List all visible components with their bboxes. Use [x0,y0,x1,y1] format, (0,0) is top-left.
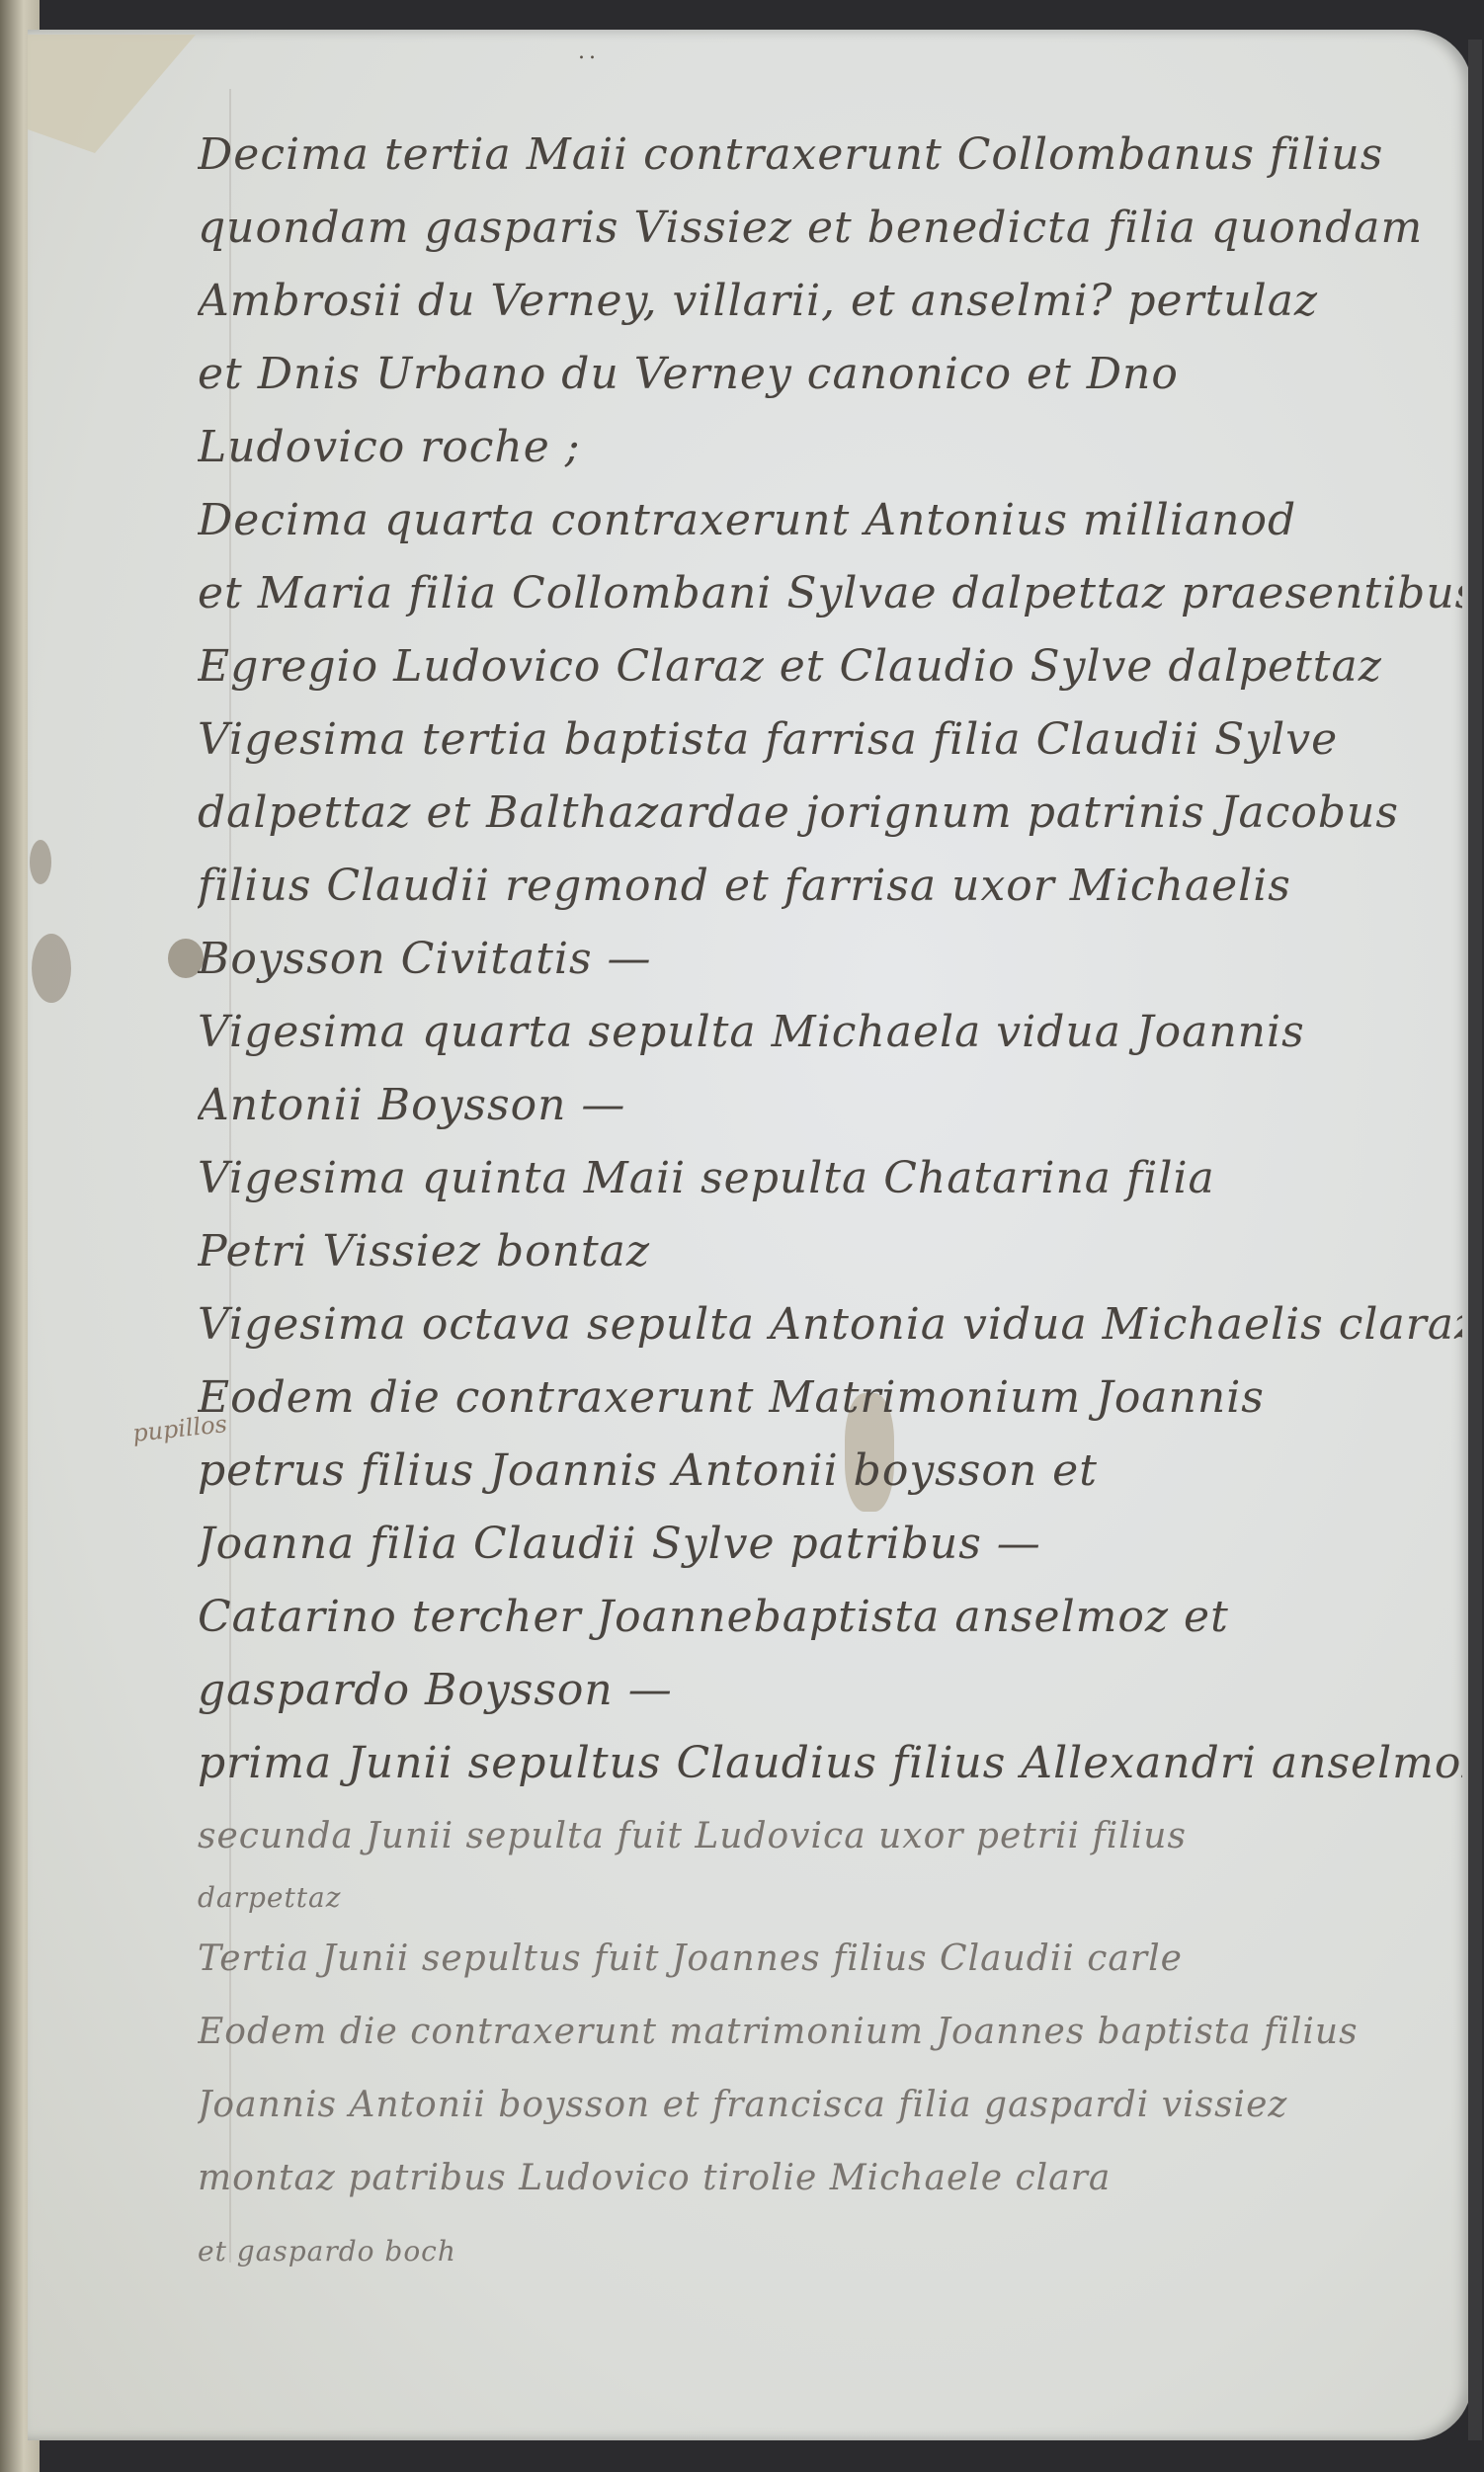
text-line: Decima tertia Maii contraxerunt Collomba… [198,119,1462,192]
text-line: Joanna filia Claudii Sylve patribus — [198,1508,1462,1581]
text-line: darpettaz [198,1873,1462,1923]
text-line: secunda Junii sepulta fuit Ludovica uxor… [198,1800,1462,1873]
handwritten-text: Decima tertia Maii contraxerunt Collomba… [198,119,1462,2288]
text-line: montaz patribus Ludovico tirolie Michael… [198,2142,1462,2215]
text-line: et Maria filia Collombani Sylvae dalpett… [198,557,1462,630]
ink-blot [32,934,71,1003]
text-line: et Dnis Urbano du Verney canonico et Dno [198,338,1462,411]
text-line: Ambrosii du Verney, villarii, et anselmi… [198,265,1462,338]
text-line: et gaspardo boch [198,2215,1462,2288]
text-line: Petri Vissiez bontaz [198,1215,1462,1288]
text-line: prima Junii sepultus Claudius filius All… [198,1727,1462,1800]
text-line: filius Claudii regmond et farrisa uxor M… [198,850,1462,923]
text-line: Antonii Boysson — [198,1069,1462,1142]
text-line: Boysson Civitatis — [198,923,1462,996]
text-line: Vigesima quarta sepulta Michaela vidua J… [198,996,1462,1069]
text-line: Vigesima quinta Maii sepulta Chatarina f… [198,1142,1462,1215]
text-line: Ludovico roche ; [198,411,1462,484]
text-line: quondam gasparis Vissiez et benedicta fi… [198,192,1462,265]
text-line: gaspardo Boysson — [198,1654,1462,1727]
page-mark: .. [578,40,600,64]
ink-blot [30,840,51,884]
text-line: dalpettaz et Balthazardae jorignum patri… [198,777,1462,850]
text-line: Decima quarta contraxerunt Antonius mill… [198,484,1462,557]
page-edge [1468,40,1482,2440]
text-line: Tertia Junii sepultus fuit Joannes filiu… [198,1923,1462,1996]
text-line: Egregio Ludovico Claraz et Claudio Sylve… [198,630,1462,703]
text-line: Catarino tercher Joannebaptista anselmoz… [198,1581,1462,1654]
text-line: petrus filius Joannis Antonii boysson et [198,1435,1462,1508]
text-line: Joannis Antonii boysson et francisca fil… [198,2069,1462,2142]
text-line: Eodem die contraxerunt Matrimonium Joann… [198,1361,1462,1435]
text-line: Eodem die contraxerunt matrimonium Joann… [198,1996,1462,2069]
text-line: Vigesima octava sepulta Antonia vidua Mi… [198,1288,1462,1361]
text-line: Vigesima tertia baptista farrisa filia C… [198,703,1462,777]
